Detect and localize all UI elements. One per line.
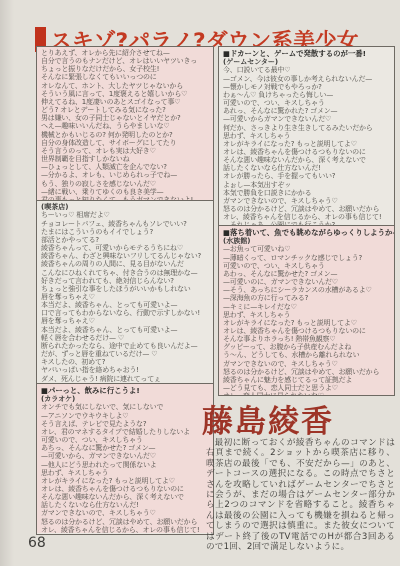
dialogue-line: —どう見ても、恋人同士だと思うよ♡: [223, 384, 391, 392]
dialogue-line: —緒に戦い、乗りてゆくのも良き美学—: [41, 188, 210, 196]
right-text-column: ■ドカーンと、ゲームで発散するのが一番!(ゲームセンター)今、口説いてる最中♡—…: [218, 46, 395, 396]
dialogue-line: 綾香ちゃんの周りの人間に、見る目がないんだ: [41, 260, 210, 268]
dialogue-line: だが、ずっと唇を重ねているだけ— ♡: [41, 350, 210, 358]
dialogue-line: オレがキライになった? もっと説明してよ♡: [223, 140, 391, 148]
dialogue-line: 軽く唇を合わせるだけ— ♡: [41, 334, 210, 342]
dialogue-line: 唇を奪っちゃえ♡: [41, 317, 210, 325]
dialogue-line: 可愛いので、つい、キスしちゃう: [41, 436, 210, 444]
dialogue-line: 可愛いので、つい、キスしちゃう: [223, 262, 391, 270]
dialogue-line: —薄暗くって、ロマンチックな感じでしょう?: [223, 254, 391, 262]
dialogue-line: オレ、君のマネするタイプで結婚したりしないよ: [41, 428, 210, 436]
dialogue-line: —可愛いのに、ガマンできないんだ♡: [223, 278, 391, 286]
dialogue-line: ガマンできないので、キスしちゃう♡: [223, 360, 391, 368]
magazine-page: スキゾ?パラノ?ダウン系美少女 とりあえず、オレから先に紹介させてね—自分で言う…: [0, 0, 400, 566]
dialogue-line: オレ、綾香ちゃんを信じるから、オレの事も信じて!: [41, 526, 210, 533]
character-name: 藤島綾香: [202, 396, 334, 441]
dialogue-line: 綾香ちゃんって、可愛いからモテるうちにね♡: [41, 244, 210, 252]
dialogue-line: そんなに緊張しなくてもいいっつのに: [41, 73, 210, 81]
dialogue-line: 唇を奪っちゃえ♡: [41, 293, 210, 301]
dialogue-line: —懐かしモノ対戦でもやろっか?: [223, 83, 391, 91]
dialogue-line: たまにはこういうのもイイでしょう?: [41, 228, 210, 236]
dialogue-line: —アニソンでウキウキしよ♡: [41, 412, 210, 420]
dialogue-line: ヤバいっぱい指を絡めちゃおう!: [41, 366, 210, 374]
section-header: ■パーっと、飲みに行こうよ!: [41, 386, 210, 395]
dialogue-line: 怒るのは分かるけど、冗談はやめて、お願いだから: [223, 205, 391, 213]
dialogue-line: —他人にどう思われたって関係ないよ: [41, 461, 210, 469]
dialogue-line: こんなにひねくれてちゃ、付き合うのは無理かな—: [41, 269, 210, 277]
dialogue-line: 本気で勝負を口説きにかかる: [223, 189, 391, 197]
dialogue-section: ■落ち着いて、魚でも眺めながらゆっくりしようか—(水族館)—お魚って可愛いね♡—…: [219, 226, 394, 395]
dialogue-line: そう言うのって、オレも実は大好き♡: [41, 147, 210, 155]
dialogue-line: 怒るのは分かるけど、冗談はやめて、お願いだから: [41, 518, 210, 526]
dialogue-line: 機械とかもいじるの? 何か発明したのとか?: [41, 131, 210, 139]
dialogue-line: 話したくないなら仕方ないんだ!: [41, 501, 210, 509]
dialogue-line: 怒るのは分かるけど、冗談はやめて、お願いだから: [223, 368, 391, 376]
dialogue-line: —可愛いからガマンできないんだ♡: [223, 115, 391, 123]
dialogue-line: よぉし—本気出すぞッ: [223, 181, 391, 189]
dialogue-line: オレは、綾香ちゃんを傷つけるつもりないのに: [223, 327, 391, 335]
dialogue-line: 今、口説いてる最中♡: [223, 66, 391, 74]
dialogue-line: ちょっと強引な事をしたほうがいいかもしれない: [41, 285, 210, 293]
dialogue-line: オレがキライになった? もっと説明してよ♡: [223, 319, 391, 327]
dialogue-line: そう言えば、テレビで見たような?: [41, 420, 210, 428]
section-header: ■落ち着いて、魚でも眺めながらゆっくりしようか—: [223, 228, 391, 237]
dialogue-line: わぁ〜ん♡ 負けちゃったら悔しい—: [223, 91, 391, 99]
dialogue-line: オレ、恋人同士に見られたいな♡: [223, 392, 391, 395]
dialogue-line: —お魚って可愛いね♡: [223, 245, 391, 253]
dialogue-line: ダメ、死んじゃう! 病院に連れてってぇ: [41, 375, 210, 383]
dialogue-line: う〜ん、どうしても、水槽から離れられない: [223, 351, 391, 359]
dialogue-line: 思わず、キスしちゃう: [41, 469, 210, 477]
dialogue-section: (喫茶店)ちーいっ♡ 相席だよ♡チョコレートパフェ、綾香ちゃんもソレでいい?たま…: [37, 201, 213, 384]
dialogue-line: —ゴメン、今は彼女の事しか考えられないんだ—: [223, 75, 391, 83]
dialogue-line: そういう風に言って、1度褒えると嬉しいから♡: [41, 90, 210, 98]
dialogue-line: ガマンできないので、キスしちゃう♡: [223, 197, 391, 205]
dialogue-line: もう、独りの寂しさを感じないんだ♡: [41, 180, 210, 188]
strategy-paragraph: 最初に断っておくが綾香ちゃんのコマンドは右頁まで続く。2ショットから喫茶店に移り…: [206, 438, 395, 552]
dialogue-section: ■パーっと、飲みに行こうよ!(カラオケ)オンチでも気にしないで、気にしないで—ア…: [37, 384, 213, 533]
dialogue-line: オンチでも気にしないで、気にしないで: [41, 403, 210, 411]
dialogue-line: 何だか、さっきより生き生きしてるみたいだから: [223, 124, 391, 132]
dialogue-line: オレがキライになった? もっと説明してよ♡: [41, 477, 210, 485]
dialogue-line: 好きだって言われても、絶対信じらんない?: [41, 277, 210, 285]
dialogue-line: 断られたかったなら、途中で止めても良いんだよ—: [41, 342, 210, 350]
dialogue-line: オレは、綾香ちゃんを傷つけるつもりないのに: [41, 485, 210, 493]
dialogue-line: 可愛いので、つい、キスしちゃう: [223, 99, 391, 107]
dialogue-line: あわっ、そんなに驚かせた? ゴメン—: [223, 270, 391, 278]
dialogue-line: 思わず、キスしちゃう: [223, 132, 391, 140]
section-header: ■ドカーンと、ゲームで発散するのが一番!: [223, 49, 391, 58]
dialogue-line: 部活とかやってる?: [41, 236, 210, 244]
dialogue-section: ■ドカーンと、ゲームで発散するのが一番!(ゲームセンター)今、口説いてる最中♡—…: [219, 47, 394, 226]
dialogue-line: へえ—趣味いいんだね、うらやましいな♡: [41, 122, 210, 130]
dialogue-line: —深海魚の方に行ってみる?: [223, 294, 391, 302]
dialogue-section: とりあえず、オレから先に紹介させてね—自分で言うのもナンだけど、オレはいいヤツい…: [37, 47, 213, 201]
dialogue-line: 自分の身体改造して、サイボーグにしてたり: [41, 139, 210, 147]
page-number: 68: [28, 535, 46, 551]
dialogue-line: ちーいっ♡ 相席だよ♡: [41, 211, 210, 219]
dialogue-line: 本当だよ、綾香ちゃん、とっても可愛いよ—: [41, 326, 210, 334]
dialogue-line: とりあえず、オレから先に紹介させてね—: [41, 49, 210, 57]
dialogue-line: —キミに—キレイだな♡: [223, 303, 391, 311]
dialogue-line: —可愛いから、ガマンできないんだ♡: [41, 452, 210, 460]
dialogue-line: 思わず、キスしちゃう: [223, 311, 391, 319]
dialogue-line: オレが勝ったら、手を握ってもいい?: [223, 172, 391, 180]
dialogue-line: 世界制覇を目指すしかないね: [41, 155, 210, 163]
dialogue-line: オレは、綾香ちゃんを傷つけるつもりないのに: [223, 148, 391, 156]
left-text-column: とりあえず、オレから先に紹介させてね—自分で言うのもナンだけど、オレはいいヤツい…: [36, 46, 214, 535]
dialogue-line: 伸えてるね、1度凄いのあとスゴイなって事♡: [41, 98, 210, 106]
dialogue-line: —分かるよ、オレも、いじめられっ子でね—: [41, 171, 210, 179]
dialogue-line: チョコレートパフェ、綾香ちゃんもソレでいい?: [41, 220, 210, 228]
dialogue-line: 綾香ちゃんに魅力を感じてるって証拠だよ: [223, 376, 391, 384]
dialogue-line: オレなんて、ホント、大したヤツじゃないから: [41, 82, 210, 90]
dialogue-line: ガマンできないので、キスしちゃう♡: [41, 509, 210, 517]
